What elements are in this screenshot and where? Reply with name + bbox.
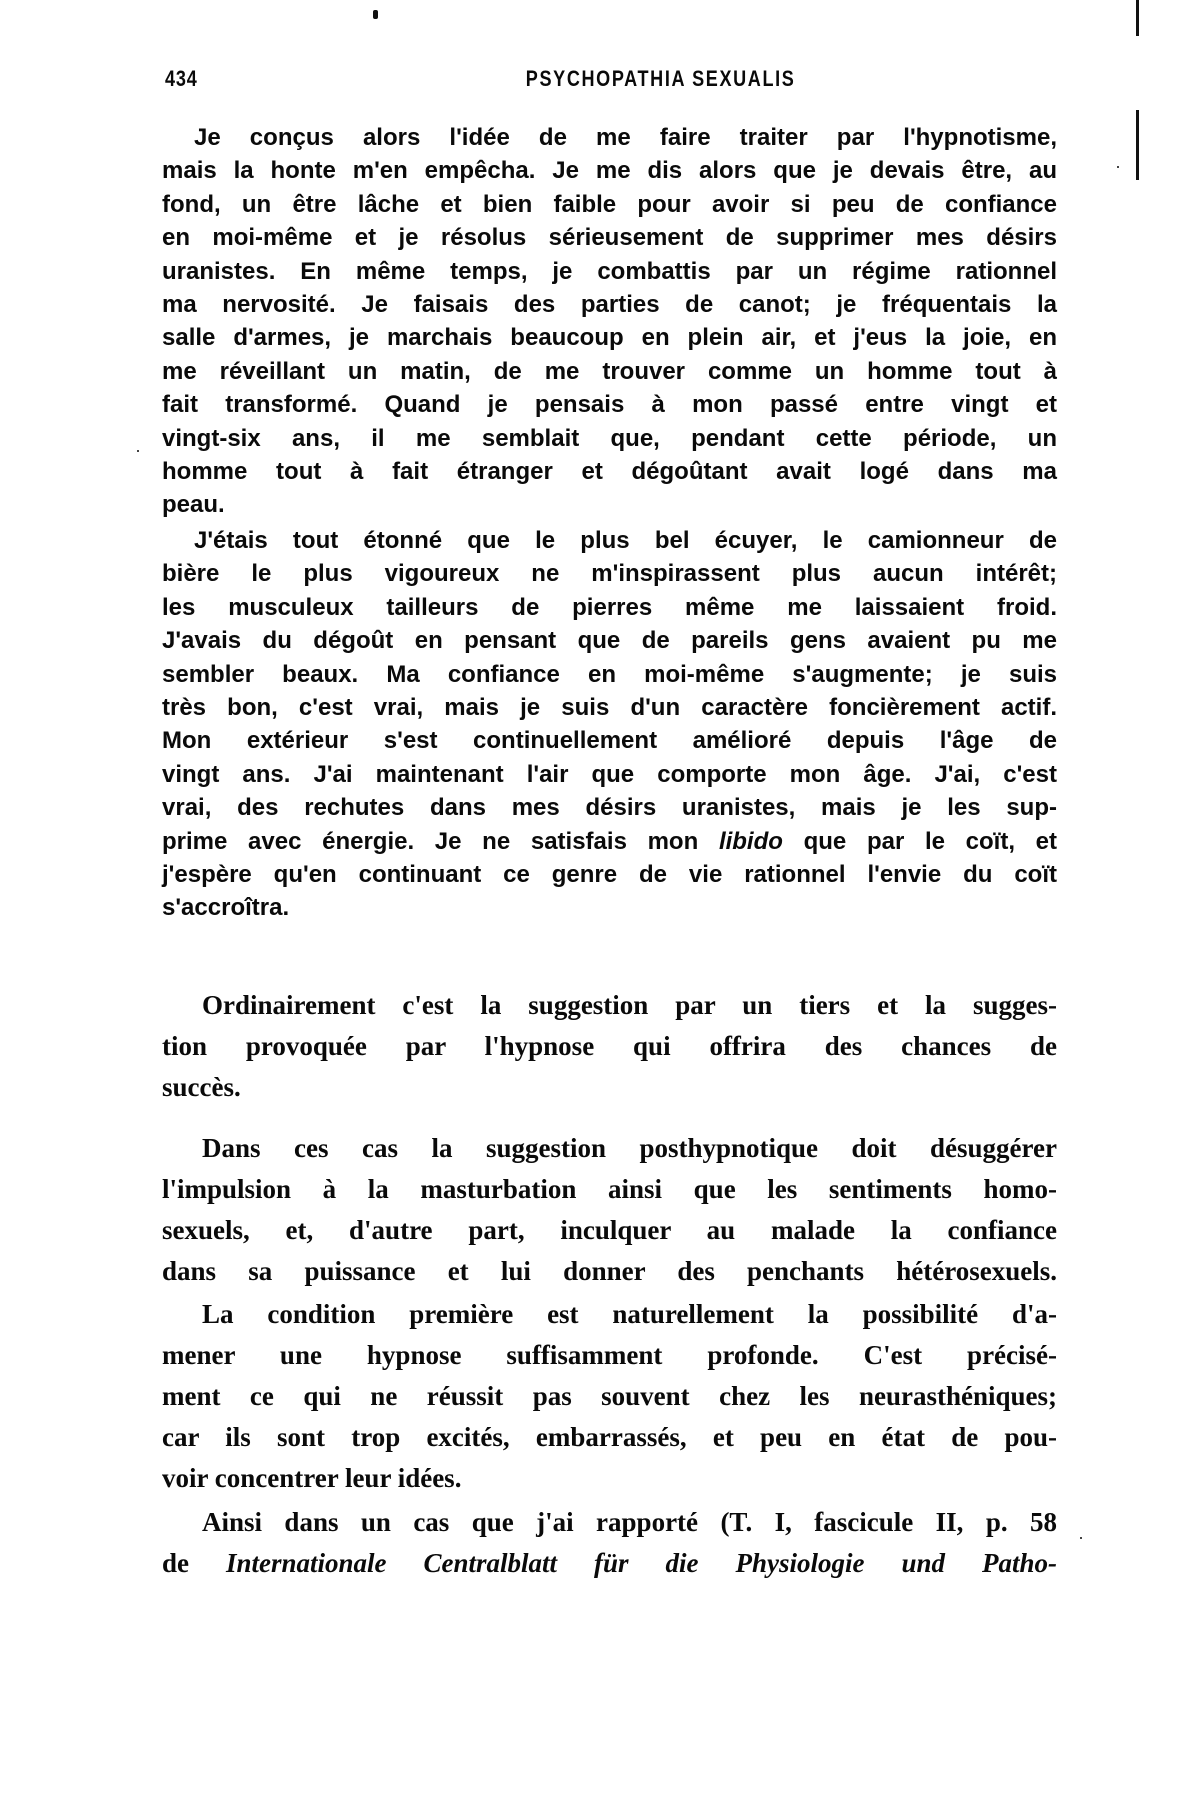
- text-line: s'accroîtra.: [162, 891, 1057, 924]
- text-line: vingt ans. J'ai maintenant l'air que com…: [162, 758, 1057, 791]
- quoted-paragraph-1: Je conçus alors l'idée de me faire trait…: [162, 121, 1057, 522]
- text-line: Mon extérieur s'est continuellement amél…: [162, 724, 1057, 757]
- text-line: Ainsi dans un cas que j'ai rapporté (T. …: [162, 1502, 1057, 1543]
- journal-title: Internationale Centralblatt für die Phys…: [226, 1548, 1057, 1578]
- text-line: les musculeux tailleurs de pierres même …: [162, 591, 1057, 624]
- text-line: dans sa puissance et lui donner des penc…: [162, 1251, 1057, 1292]
- text-line-with-italic: de Internationale Centralblatt für die P…: [162, 1543, 1057, 1584]
- text-segment: que par le coït, et: [804, 828, 1057, 855]
- text-line: Ordinairement c'est la suggestion par un…: [162, 985, 1057, 1026]
- text-line: bière le plus vigoureux ne m'inspirassen…: [162, 557, 1057, 590]
- body-paragraph-3: La condition première est naturellement …: [162, 1294, 1057, 1499]
- text-line: voir concentrer leur idées.: [162, 1458, 1057, 1499]
- text-line: succès.: [162, 1067, 1057, 1108]
- quoted-paragraph-2: J'étais tout étonné que le plus bel écuy…: [162, 524, 1057, 925]
- text-line: uranistes. En même temps, je combattis p…: [162, 255, 1057, 288]
- body-paragraph-4: Ainsi dans un cas que j'ai rapporté (T. …: [162, 1502, 1057, 1584]
- text-line: vrai, des rechutes dans mes désirs urani…: [162, 791, 1057, 824]
- text-line: l'impulsion à la masturbation ainsi que …: [162, 1169, 1057, 1210]
- body-paragraph-1: Ordinairement c'est la suggestion par un…: [162, 985, 1057, 1108]
- page-header: 434 PSYCHOPATHIA SEXUALIS: [165, 66, 899, 96]
- text-line: en moi-même et je résolus sérieusement d…: [162, 221, 1057, 254]
- text-line: mais la honte m'en empêcha. Je me dis al…: [162, 154, 1057, 187]
- text-line: Je conçus alors l'idée de me faire trait…: [162, 121, 1057, 154]
- text-line: sexuels, et, d'autre part, inculquer au …: [162, 1210, 1057, 1251]
- text-line: homme tout à fait étranger et dégoûtant …: [162, 455, 1057, 488]
- scan-edge-line: [1136, 110, 1139, 180]
- text-line: ment ce qui ne réussit pas souvent chez …: [162, 1376, 1057, 1417]
- text-line: très bon, c'est vrai, mais je suis d'un …: [162, 691, 1057, 724]
- text-line: J'étais tout étonné que le plus bel écuy…: [162, 524, 1057, 557]
- text-line: tion provoquée par l'hypnose qui offrira…: [162, 1026, 1057, 1067]
- text-line: vingt-six ans, il me semblait que, penda…: [162, 422, 1057, 455]
- text-line: mener une hypnose suffisamment profonde.…: [162, 1335, 1057, 1376]
- text-line: j'espère qu'en continuant ce genre de vi…: [162, 858, 1057, 891]
- text-line: peau.: [162, 488, 1057, 521]
- scan-edge-line: [1136, 0, 1139, 36]
- text-line: La condition première est naturellement …: [162, 1294, 1057, 1335]
- text-line: salle d'armes, je marchais beaucoup en p…: [162, 321, 1057, 354]
- text-line: car ils sont trop excités, embarrassés, …: [162, 1417, 1057, 1458]
- text-line: ma nervosité. Je faisais des parties de …: [162, 288, 1057, 321]
- text-line-with-italic: prime avec énergie. Je ne satisfais mon …: [162, 825, 1057, 858]
- scan-artifact-dot: [373, 10, 378, 19]
- running-title: PSYCHOPATHIA SEXUALIS: [526, 66, 796, 92]
- scan-speck: [1117, 166, 1119, 168]
- text-segment: de: [162, 1548, 189, 1578]
- scan-speck: [137, 450, 139, 452]
- text-line: J'avais du dégoût en pensant que de pare…: [162, 624, 1057, 657]
- page-number: 434: [165, 66, 198, 92]
- text-line: sembler beaux. Ma confiance en moi-même …: [162, 658, 1057, 691]
- text-line: fond, un être lâche et bien faible pour …: [162, 188, 1057, 221]
- scan-speck: [1080, 1537, 1082, 1539]
- text-line: me réveillant un matin, de me trouver co…: [162, 355, 1057, 388]
- italic-term: libido: [719, 828, 783, 855]
- text-line: Dans ces cas la suggestion posthypnotiqu…: [162, 1128, 1057, 1169]
- text-line: fait transformé. Quand je pensais à mon …: [162, 388, 1057, 421]
- text-segment: prime avec énergie. Je ne satisfais mon: [162, 828, 698, 855]
- body-paragraph-2: Dans ces cas la suggestion posthypnotiqu…: [162, 1128, 1057, 1292]
